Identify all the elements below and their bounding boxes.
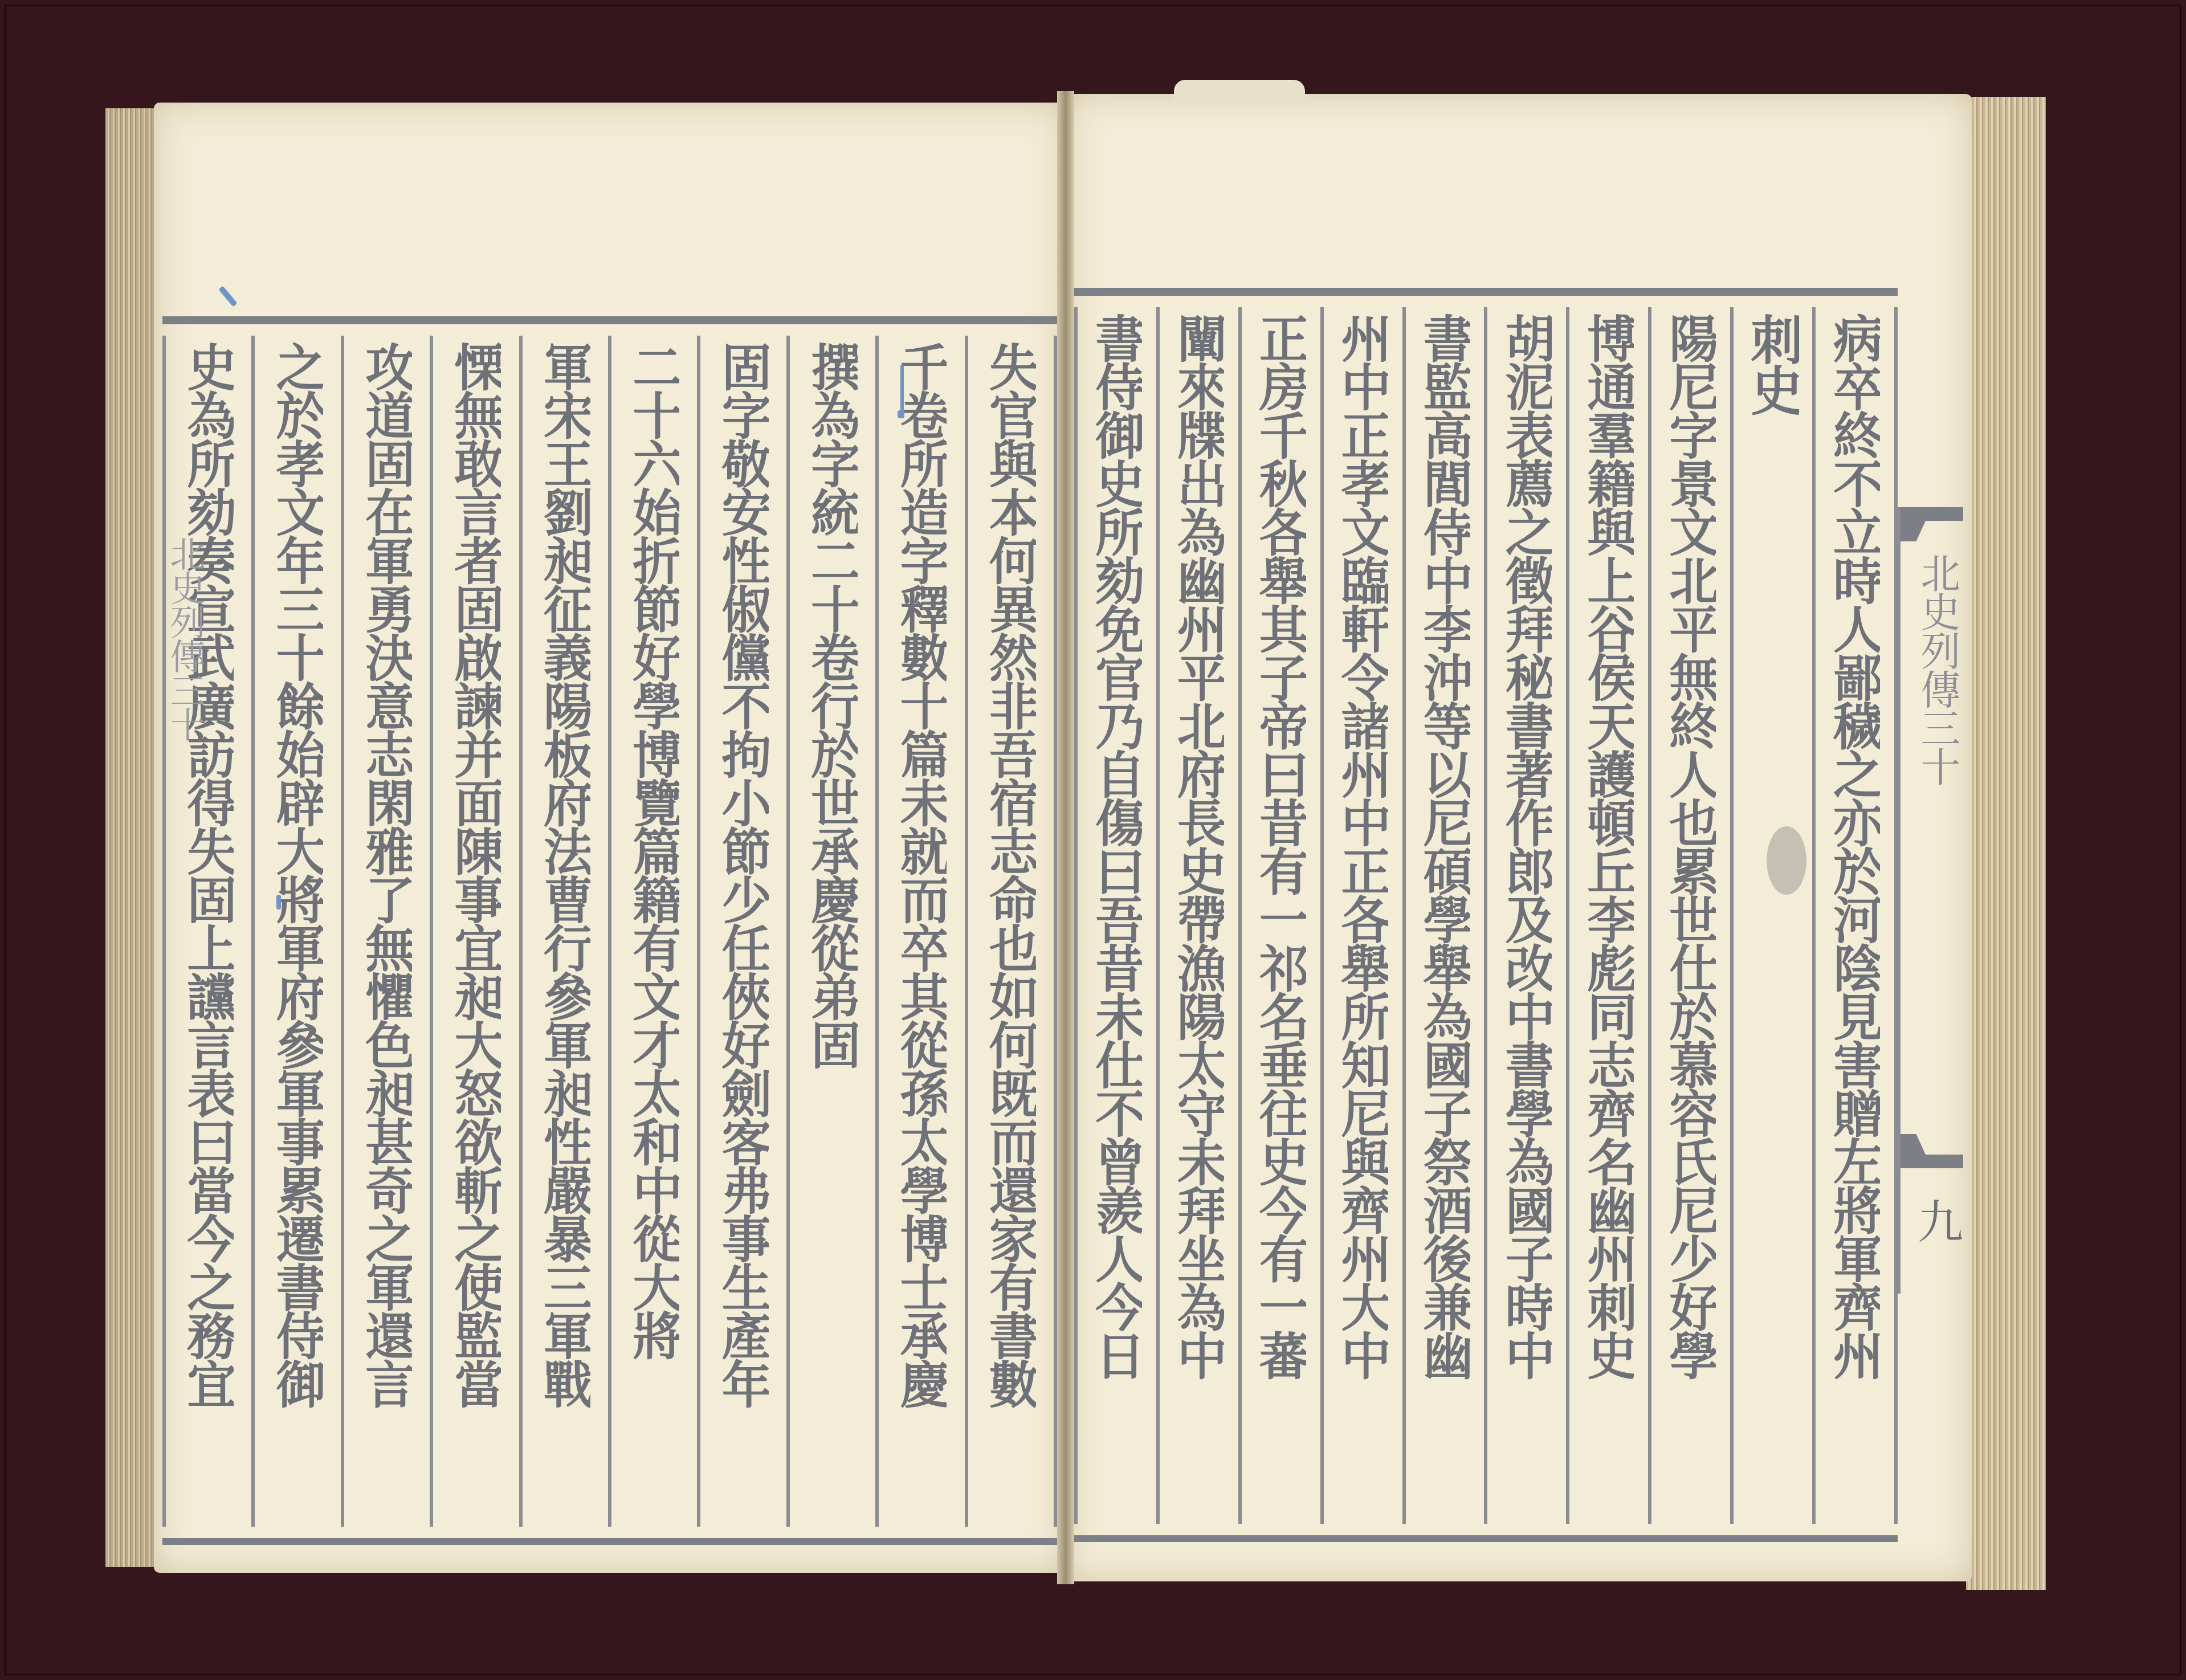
column-text: 二十六始折節好學博覽篇籍有文才太和中從大將 — [629, 336, 679, 1532]
column-text: 州中正孝文臨軒令諸州中正各舉所知尼與齊州大中 — [1338, 307, 1388, 1530]
text-column: 胡泥表薦之徵拜秘書著作郎及改中書學為國子時中 — [1484, 307, 1566, 1524]
text-column: 軍宋王劉昶征義陽板府法曹行參軍昶性嚴暴三軍戰 — [519, 336, 608, 1527]
text-column: 千卷所造字釋數十篇未就而卒其從孫太學博士承慶 — [875, 336, 964, 1527]
right-columns: 病卒終不立時人鄙穢之亦於河陰見害贈左將軍齊州 刺史 陽尼字景文北平無終人也累世仕… — [1074, 307, 1898, 1524]
text-column: 病卒終不立時人鄙穢之亦於河陰見害贈左將軍齊州 — [1812, 307, 1898, 1524]
column-text: 正房千秋各舉其子帝曰昔有一祁名垂往史今有一蕃 — [1256, 307, 1306, 1530]
text-column: 慄無敢言者固啟諫并面陳事宜昶大怒欲斬之使監當 — [430, 336, 519, 1527]
column-text: 攻道固在軍勇決意志閑雅了無懼色昶甚奇之軍還言 — [362, 336, 412, 1532]
column-text: 千卷所造字釋數十篇未就而卒其從孫太學博士承慶 — [896, 336, 947, 1532]
column-text: 闡來牒出為幽州平北府長史帶漁陽太守未拜坐為中 — [1174, 307, 1224, 1530]
page-number: 九 — [1918, 1185, 1963, 1251]
text-column: 攻道固在軍勇決意志閑雅了無懼色昶甚奇之軍還言 — [341, 336, 430, 1527]
text-column: 刺史 — [1730, 307, 1812, 1524]
text-column: 陽尼字景文北平無終人也累世仕於慕容氏尼少好學 — [1648, 307, 1730, 1524]
text-column: 失官與本何異然非吾宿志命也如何既而還家有書數 — [965, 336, 1057, 1527]
column-text: 失官與本何異然非吾宿志命也如何既而還家有書數 — [986, 336, 1036, 1532]
column-text: 之於孝文年三十餘始辟大將軍府參軍事累遷書侍御 — [273, 336, 323, 1532]
blue-mark — [900, 365, 904, 416]
text-column: 書侍御史所劾免官乃自傷曰吾昔未仕不曾羨人今日 — [1074, 307, 1156, 1524]
text-column: 正房千秋各舉其子帝曰昔有一祁名垂往史今有一蕃 — [1238, 307, 1320, 1524]
book-gutter — [1057, 91, 1074, 1584]
column-text: 固字敬安性俶儻不拘小節少任俠好劍客弗事生產年 — [719, 336, 769, 1532]
text-column: 撰為字統二十卷行於世承慶從弟固 — [786, 336, 875, 1527]
text-column: 闡來牒出為幽州平北府長史帶漁陽太守未拜坐為中 — [1156, 307, 1238, 1524]
column-text: 刺史 — [1747, 307, 1799, 1530]
fish-tail-top-icon — [1900, 507, 1963, 541]
left-print-block: 失官與本何異然非吾宿志命也如何既而還家有書數 千卷所造字釋數十篇未就而卒其從孫太… — [162, 316, 1057, 1545]
text-column: 博通羣籍與上谷侯天護頓丘李彪同志齊名幽州刺史 — [1566, 307, 1648, 1524]
spine-tab — [1174, 80, 1305, 103]
column-text: 書監高閭侍中李沖等以尼碩學舉為國子祭酒後兼幽 — [1420, 307, 1470, 1530]
right-page-edges — [1966, 97, 2046, 1590]
left-columns: 失官與本何異然非吾宿志命也如何既而還家有書數 千卷所造字釋數十篇未就而卒其從孫太… — [162, 336, 1057, 1527]
blue-mark — [898, 410, 904, 418]
text-column: 之於孝文年三十餘始辟大將軍府參軍事累遷書侍御 — [251, 336, 340, 1527]
column-text: 病卒終不立時人鄙穢之亦於河陰見害贈左將軍齊州 — [1830, 307, 1880, 1530]
banxin-title: 北史列傳三十 — [160, 536, 210, 741]
column-text: 陽尼字景文北平無終人也累世仕於慕容氏尼少好學 — [1666, 307, 1716, 1530]
column-text: 胡泥表薦之徵拜秘書著作郎及改中書學為國子時中 — [1502, 307, 1552, 1530]
text-column: 固字敬安性俶儻不拘小節少任俠好劍客弗事生產年 — [697, 336, 786, 1527]
column-text: 慄無敢言者固啟諫并面陳事宜昶大怒欲斬之使監當 — [451, 336, 501, 1532]
column-text: 書侍御史所劾免官乃自傷曰吾昔未仕不曾羨人今日 — [1092, 307, 1142, 1530]
blue-mark — [276, 895, 281, 910]
banxin-title: 北史列傳三十 — [1909, 553, 1967, 785]
text-column: 二十六始折節好學博覽篇籍有文才太和中從大將 — [608, 336, 697, 1527]
fish-tail-bottom-icon — [1900, 1134, 1963, 1168]
right-print-block: 病卒終不立時人鄙穢之亦於河陰見害贈左將軍齊州 刺史 陽尼字景文北平無終人也累世仕… — [1074, 288, 1898, 1542]
left-banxin: 北史列傳三十 — [160, 501, 217, 1288]
column-text: 軍宋王劉昶征義陽板府法曹行參軍昶性嚴暴三軍戰 — [540, 336, 590, 1532]
right-banxin: 北史列傳三十 九 — [1898, 507, 1963, 1294]
text-column: 州中正孝文臨軒令諸州中正各舉所知尼與齊州大中 — [1320, 307, 1402, 1524]
column-text: 撰為字統二十卷行於世承慶從弟固 — [807, 336, 858, 1532]
text-column: 書監高閭侍中李沖等以尼碩學舉為國子祭酒後兼幽 — [1402, 307, 1484, 1524]
column-text: 博通羣籍與上谷侯天護頓丘李彪同志齊名幽州刺史 — [1584, 307, 1634, 1530]
ink-stain — [1767, 826, 1806, 895]
